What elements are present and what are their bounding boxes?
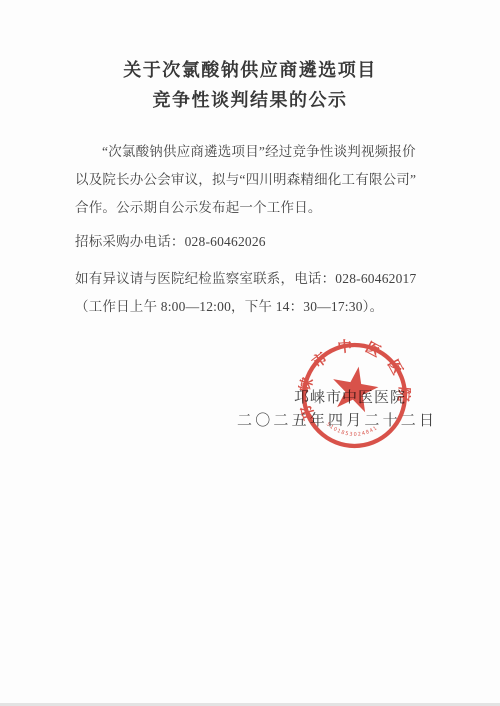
intro-line: 以及院长办公会审议，拟与“四川明森精细化工有限公司” — [75, 166, 437, 194]
signature-date: 二〇二五年四月二十二日 — [237, 409, 437, 430]
objection-paragraph: 如有异议请与医院纪检监察室联系，电话：028-60462017 （工作日上午 8… — [75, 265, 437, 321]
procurement-phone-paragraph: 招标采购办电话：028-60462026 — [75, 228, 437, 256]
intro-line: “次氯酸钠供应商遴选项目”经过竞争性谈判视频报价 — [75, 138, 437, 166]
procurement-phone-line: 招标采购办电话：028-60462026 — [75, 228, 437, 256]
title-line-2: 竞争性谈判结果的公示 — [0, 85, 500, 115]
objection-line: 如有异议请与医院纪检监察室联系，电话：028-60462017 — [75, 265, 437, 293]
page-title: 关于次氯酸钠供应商遴选项目 竞争性谈判结果的公示 — [0, 55, 500, 115]
objection-line: （工作日上午 8:00—12:00，下午 14：30—17:30）。 — [75, 293, 437, 321]
signature-org-name: 邛崃市中医医院 — [294, 386, 406, 407]
notice-document-page: 关于次氯酸钠供应商遴选项目 竞争性谈判结果的公示 “次氯酸钠供应商遴选项目”经过… — [0, 0, 500, 706]
document-body: “次氯酸钠供应商遴选项目”经过竞争性谈判视频报价 以及院长办公会审议，拟与“四川… — [75, 138, 437, 321]
intro-line: 合作。公示期自公示发布起一个工作日。 — [75, 194, 437, 222]
intro-paragraph: “次氯酸钠供应商遴选项目”经过竞争性谈判视频报价 以及院长办公会审议，拟与“四川… — [75, 138, 437, 222]
title-line-1: 关于次氯酸钠供应商遴选项目 — [0, 55, 500, 85]
